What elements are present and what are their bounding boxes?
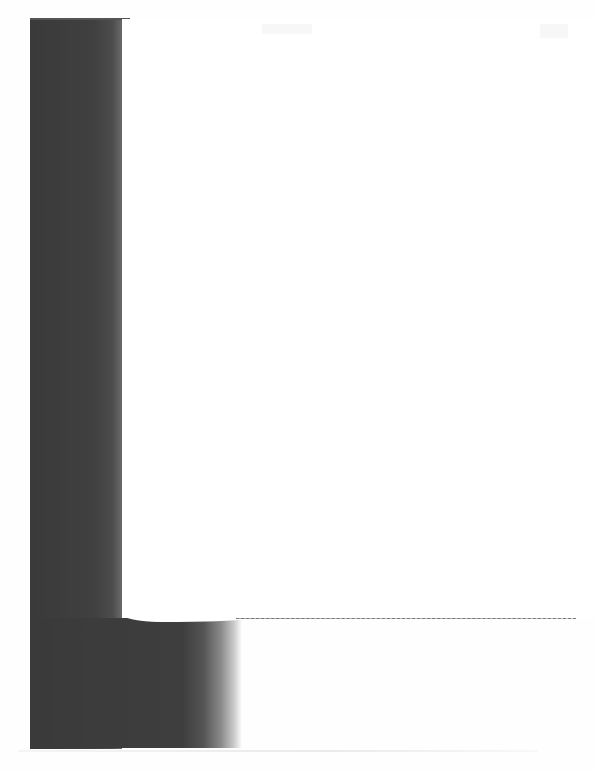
faint-page-number-bleed: [540, 24, 568, 38]
page-text: [0, 0, 1, 1]
page-sheet: [122, 19, 596, 618]
paper-edge-dashes: [236, 618, 576, 619]
page-sheet-curl: [122, 612, 242, 622]
bottom-corner-scan-shadow: [30, 618, 242, 748]
top-paper-edge: [30, 18, 130, 20]
bottom-scan-edge: [18, 750, 538, 752]
scanned-page: [0, 0, 596, 772]
faint-header-bleed: [262, 24, 312, 34]
